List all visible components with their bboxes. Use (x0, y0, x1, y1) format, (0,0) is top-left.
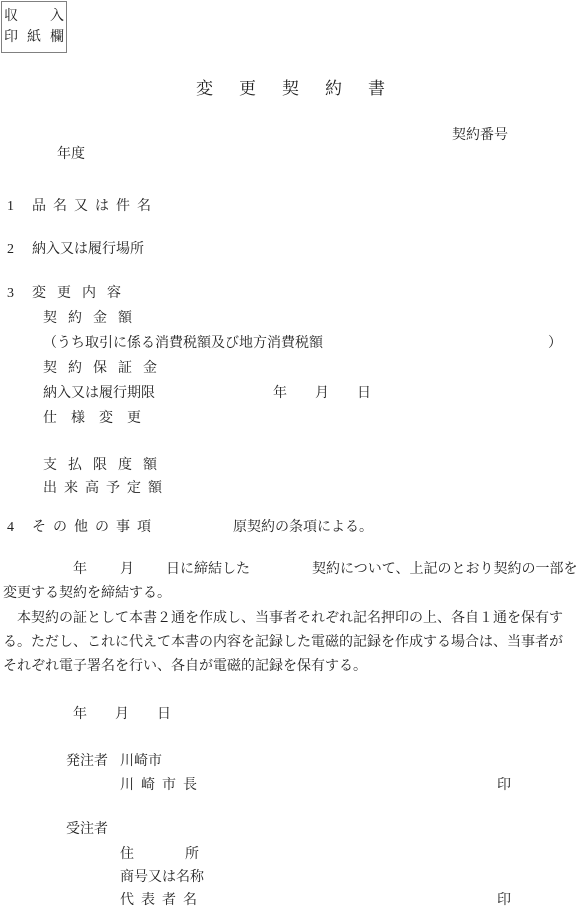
stamp-char: 紙 (27, 30, 41, 45)
contractor-label: 受注者 (66, 821, 108, 838)
item-3-number: 3 (7, 285, 14, 302)
signature-date-blanks: 年 月 日 (73, 706, 171, 723)
item-4-line: 4 その他の事項 原契約の条項による。 (0, 519, 583, 536)
closing-paragraph-2-line-3: それぞれ電子署名を行い、各自が電磁的記録を保有する。 (0, 658, 583, 675)
closing-paragraph-2-text: それぞれ電子署名を行い、各自が電磁的記録を保有する。 (3, 658, 367, 675)
deadline-label: 納入又は履行期限 (43, 385, 155, 402)
deposit-line: 契約保証金 (0, 360, 583, 377)
tax-note-close: ） (548, 335, 562, 352)
revenue-stamp-box: 収 入 印 紙 欄 (1, 1, 67, 53)
item-2-line: 2 納入又は履行場所 (0, 241, 583, 258)
revenue-stamp-row-2: 印 紙 欄 (4, 30, 64, 45)
orderer-title: 川崎市長 (120, 777, 204, 794)
document-title: 変更契約書 (196, 79, 411, 98)
item-1-label: 品名又は件名 (32, 198, 158, 215)
closing-paragraph-1-line-1: 年 月 日に締結した 契約について、上記のとおり契約の一部を (0, 561, 583, 578)
payment-limit-label: 支払限度額 (43, 457, 168, 474)
item-3-line: 3 変更内容 (0, 285, 583, 302)
work-estimate-label: 出来高予定額 (43, 480, 169, 497)
orderer-line: 発注者 川崎市 (0, 753, 583, 770)
closing-paragraph-2-text: 本契約の証として本書２通を作成し、当事者それぞれ記名押印の上、各自１通を保有す (3, 610, 563, 627)
contract-number-label: 契約番号 (452, 127, 508, 144)
item-4-label: その他の事項 (32, 519, 158, 536)
contractor-representative-line: 代表者名 印 (0, 892, 583, 906)
closing-paragraph-2-line-2: る。ただし、これに代えて本書の内容を記録した電磁的記録を作成する場合は、当事者が (0, 634, 583, 651)
item-1-number: 1 (7, 198, 14, 215)
deadline-line: 納入又は履行期限 年 月 日 (0, 385, 583, 402)
contract-number-line: 契約番号 (0, 127, 583, 144)
contractor-line: 受注者 (0, 821, 583, 838)
revenue-stamp-row-1: 収 入 (4, 9, 64, 24)
contract-document-page: 収 入 印 紙 欄 変更契約書 契約番号 年度 1 品名又は件名 2 納入又は履… (0, 0, 583, 906)
deposit-label: 契約保証金 (43, 360, 168, 377)
fiscal-year-label: 年度 (57, 146, 85, 163)
address-label-left: 住 (120, 846, 134, 863)
item-3-label: 変更内容 (32, 285, 132, 302)
deadline-date-blanks: 年 月 日 (273, 385, 371, 402)
stamp-char: 収 (4, 9, 18, 24)
closing-month-blank: 月 (120, 561, 134, 578)
work-estimate-line: 出来高予定額 (0, 480, 583, 497)
contract-amount-line: 契約金額 (0, 310, 583, 327)
closing-day-phrase: 日に締結した (166, 561, 250, 578)
stamp-char: 入 (50, 9, 64, 24)
spec-change-line: 仕様変更 (0, 410, 583, 427)
orderer-name: 川崎市 (120, 753, 162, 770)
signature-date-line: 年 月 日 (0, 706, 583, 723)
closing-paragraph-1-rest: 契約について、上記のとおり契約の一部を (312, 561, 577, 578)
tax-note-open: （うち取引に係る消費税額及び地方消費税額 (43, 335, 323, 352)
stamp-char: 欄 (50, 30, 64, 45)
closing-paragraph-2-line-1: 本契約の証として本書２通を作成し、当事者それぞれ記名押印の上、各自１通を保有す (0, 610, 583, 627)
item-1-line: 1 品名又は件名 (0, 198, 583, 215)
item-2-number: 2 (7, 241, 14, 258)
address-label-right: 所 (185, 846, 199, 863)
closing-year-blank: 年 (73, 561, 87, 578)
orderer-seal-mark: 印 (497, 777, 511, 794)
closing-paragraph-1-continued: 変更する契約を締結する。 (3, 585, 171, 602)
contractor-company-line: 商号又は名称 (0, 869, 583, 886)
spec-change-label: 仕様変更 (43, 410, 155, 427)
item-4-number: 4 (7, 519, 14, 536)
fiscal-year-line: 年度 (0, 146, 583, 163)
orderer-title-line: 川崎市長 印 (0, 777, 583, 794)
company-name-label: 商号又は名称 (120, 869, 204, 886)
item-2-label: 納入又は履行場所 (32, 241, 144, 258)
item-4-value: 原契約の条項による。 (233, 519, 373, 536)
closing-paragraph-1-line-2: 変更する契約を締結する。 (0, 585, 583, 602)
stamp-char: 印 (4, 30, 18, 45)
closing-paragraph-2-text: る。ただし、これに代えて本書の内容を記録した電磁的記録を作成する場合は、当事者が (3, 634, 563, 651)
representative-name-label: 代表者名 (120, 892, 204, 906)
payment-limit-line: 支払限度額 (0, 457, 583, 474)
tax-note-line: （うち取引に係る消費税額及び地方消費税額 ） (0, 335, 583, 352)
contract-amount-label: 契約金額 (43, 310, 143, 327)
contractor-seal-mark: 印 (497, 892, 511, 906)
contractor-address-line: 住 所 (0, 846, 583, 863)
orderer-label: 発注者 (66, 753, 108, 770)
